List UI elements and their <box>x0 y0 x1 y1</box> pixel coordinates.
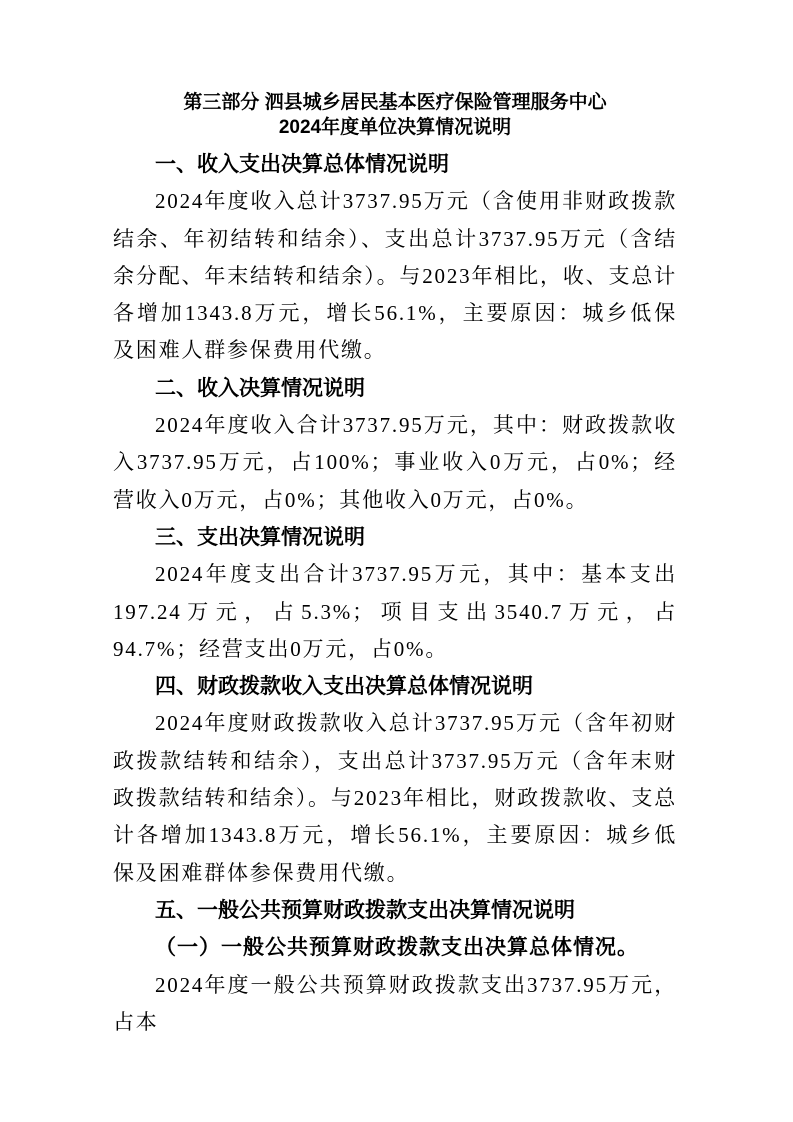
section-1-paragraph-1: 2024年度收入总计3737.95万元（含使用非财政拨款结余、年初结转和结余）、… <box>113 183 677 369</box>
document-title-line2: 2024年度单位决算情况说明 <box>113 115 677 140</box>
section-2-heading: 二、收入决算情况说明 <box>113 370 677 407</box>
section-4-heading: 四、财政拨款收入支出决算总体情况说明 <box>113 668 677 705</box>
document-page: 第三部分 泗县城乡居民基本医疗保险管理服务中心 2024年度单位决算情况说明 一… <box>0 0 793 1122</box>
section-3-paragraph-1: 2024年度支出合计3737.95万元，其中：基本支出197.24万元，占5.3… <box>113 556 677 668</box>
section-5-paragraph-1: 2024年度一般公共预算财政拨款支出3737.95万元，占本 <box>113 967 677 1042</box>
section-5-heading: 五、一般公共预算财政拨款支出决算情况说明 <box>113 892 677 929</box>
document-title: 第三部分 泗县城乡居民基本医疗保险管理服务中心 2024年度单位决算情况说明 <box>113 90 677 140</box>
section-1-heading: 一、收入支出决算总体情况说明 <box>113 146 677 183</box>
document-title-line1: 第三部分 泗县城乡居民基本医疗保险管理服务中心 <box>113 90 677 115</box>
section-4-paragraph-1: 2024年度财政拨款收入总计3737.95万元（含年初财政拨款结转和结余），支出… <box>113 705 677 891</box>
section-2-paragraph-1: 2024年度收入合计3737.95万元，其中：财政拨款收入3737.95万元，占… <box>113 407 677 519</box>
section-3-heading: 三、支出决算情况说明 <box>113 519 677 556</box>
document-body: 一、收入支出决算总体情况说明 2024年度收入总计3737.95万元（含使用非财… <box>113 146 677 1041</box>
section-5-subheading: （一）一般公共预算财政拨款支出决算总体情况。 <box>113 929 677 966</box>
